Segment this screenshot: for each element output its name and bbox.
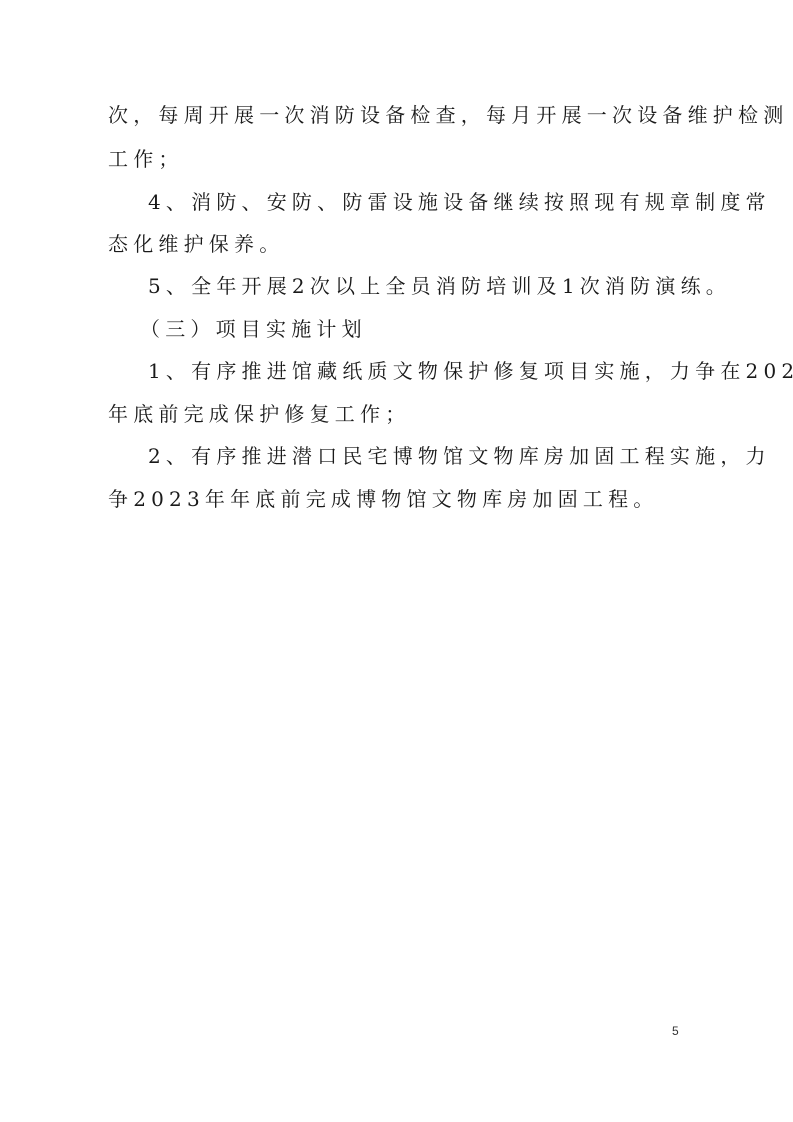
paragraph-line: 态化维护保养。 bbox=[108, 231, 688, 257]
document-page: 次，每周开展一次消防设备检查，每月开展一次设备维护检测 工作； 4、消防、安防、… bbox=[0, 0, 793, 1122]
section-heading: （三）项目实施计划 bbox=[140, 316, 720, 342]
paragraph-line: 年底前完成保护修复工作； bbox=[108, 401, 688, 427]
paragraph-line: 次，每周开展一次消防设备检查，每月开展一次设备维护检测 bbox=[108, 102, 688, 128]
list-item-1: 1、有序推进馆藏纸质文物保护修复项目实施，力争在2023 bbox=[148, 358, 688, 384]
paragraph-line: 工作； bbox=[108, 146, 688, 172]
list-item-5: 5、全年开展2次以上全员消防培训及1次消防演练。 bbox=[148, 273, 688, 299]
list-item-4: 4、消防、安防、防雷设施设备继续按照现有规章制度常 bbox=[148, 189, 688, 215]
paragraph-line: 争2023年年底前完成博物馆文物库房加固工程。 bbox=[108, 486, 688, 512]
page-number: 5 bbox=[672, 1024, 679, 1038]
list-item-2: 2、有序推进潜口民宅博物馆文物库房加固工程实施，力 bbox=[148, 443, 688, 469]
